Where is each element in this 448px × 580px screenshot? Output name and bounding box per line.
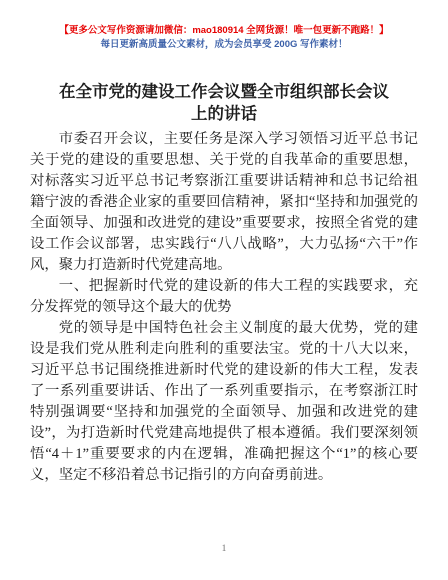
promo-note-line-1: 【更多公文写作资源请加微信：mao180914 全网货源！唯一包更新不跑路！】 bbox=[0, 24, 448, 38]
header-promo-note: 【更多公文写作资源请加微信：mao180914 全网货源！唯一包更新不跑路！】 … bbox=[0, 24, 448, 51]
paragraph-section-body: 党的领导是中国特色社会主义制度的最大优势，党的建设是我们党从胜利走向胜利的重要法… bbox=[30, 318, 418, 486]
paragraph-section-heading: 一、把握新时代党的建设新的伟大工程的实践要求，充分发挥党的领导这个最大的优势 bbox=[30, 276, 418, 318]
document-title: 在全市党的建设工作会议暨全市组织部长会议 上的讲话 bbox=[0, 81, 448, 125]
paragraph-intro: 市委召开会议，主要任务是深入学习领悟习近平总书记关于党的建设的重要思想、关于党的… bbox=[30, 129, 418, 276]
document-body: 市委召开会议，主要任务是深入学习领悟习近平总书记关于党的建设的重要思想、关于党的… bbox=[30, 129, 418, 486]
page-number: 1 bbox=[0, 544, 448, 554]
document-page: 【更多公文写作资源请加微信：mao180914 全网货源！唯一包更新不跑路！】 … bbox=[0, 0, 448, 580]
document-title-line-1: 在全市党的建设工作会议暨全市组织部长会议 bbox=[0, 81, 448, 103]
document-title-line-2: 上的讲话 bbox=[0, 103, 448, 125]
promo-note-line-2: 每日更新高质量公文素材，成为会员享受 200G 写作素材！ bbox=[0, 38, 448, 52]
